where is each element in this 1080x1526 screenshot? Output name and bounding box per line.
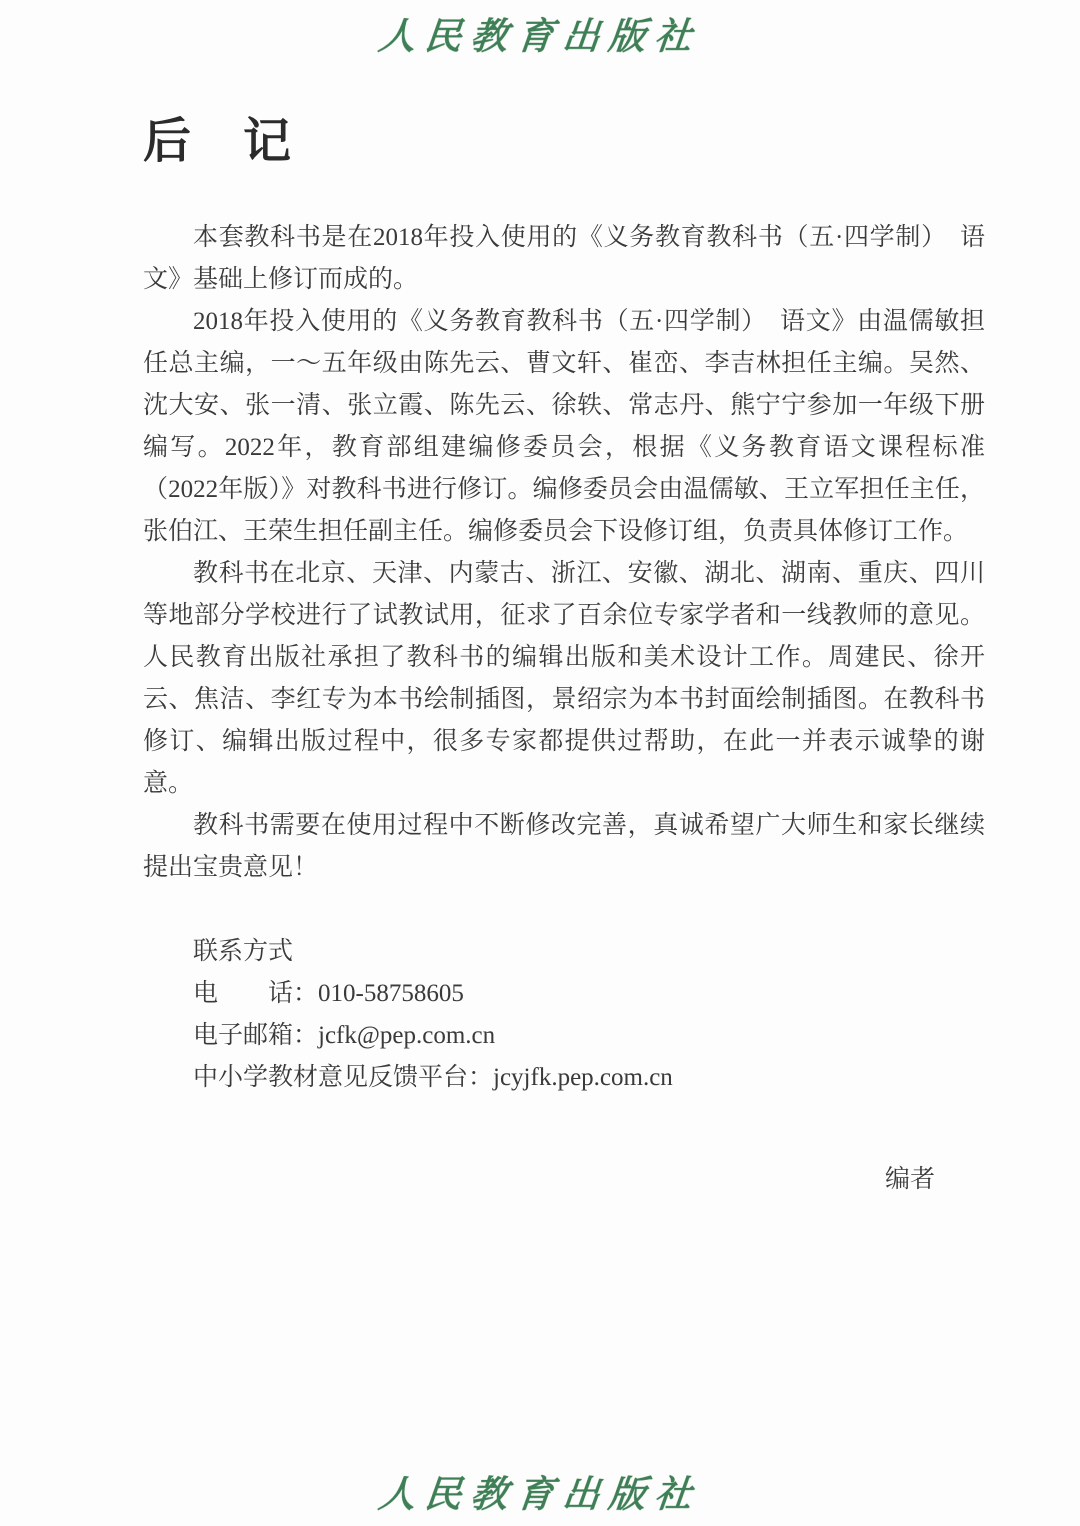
paragraph: 2018年投入使用的《义务教育教科书（五·四学制） 语文》由温儒敏担任总主编，一…: [143, 301, 985, 553]
body-text: 本套教科书是在2018年投入使用的《义务教育教科书（五·四学制） 语文》基础上修…: [143, 217, 985, 889]
contact-feedback-platform: 中小学教材意见反馈平台：jcyjfk.pep.com.cn: [143, 1057, 985, 1099]
content-column: 后 记 本套教科书是在2018年投入使用的《义务教育教科书（五·四学制） 语文》…: [143, 0, 985, 1201]
document-page: 人民教育出版社 后 记 本套教科书是在2018年投入使用的《义务教育教科书（五·…: [0, 0, 1080, 1526]
contact-phone: 电 话：010-58758605: [143, 973, 985, 1015]
editor-signature: 编者: [143, 1159, 985, 1201]
paragraph: 本套教科书是在2018年投入使用的《义务教育教科书（五·四学制） 语文》基础上修…: [143, 217, 985, 301]
paragraph: 教科书在北京、天津、内蒙古、浙江、安徽、湖北、湖南、重庆、四川等地部分学校进行了…: [143, 553, 985, 805]
contact-email: 电子邮箱：jcfk@pep.com.cn: [143, 1015, 985, 1057]
contact-block: 联系方式 电 话：010-58758605 电子邮箱：jcfk@pep.com.…: [143, 931, 985, 1099]
contact-heading: 联系方式: [143, 931, 985, 973]
publisher-logo-bottom: 人民教育出版社: [0, 1464, 1080, 1518]
page-title: 后 记: [143, 102, 985, 171]
paragraph: 教科书需要在使用过程中不断修改完善，真诚希望广大师生和家长继续提出宝贵意见！: [143, 805, 985, 889]
